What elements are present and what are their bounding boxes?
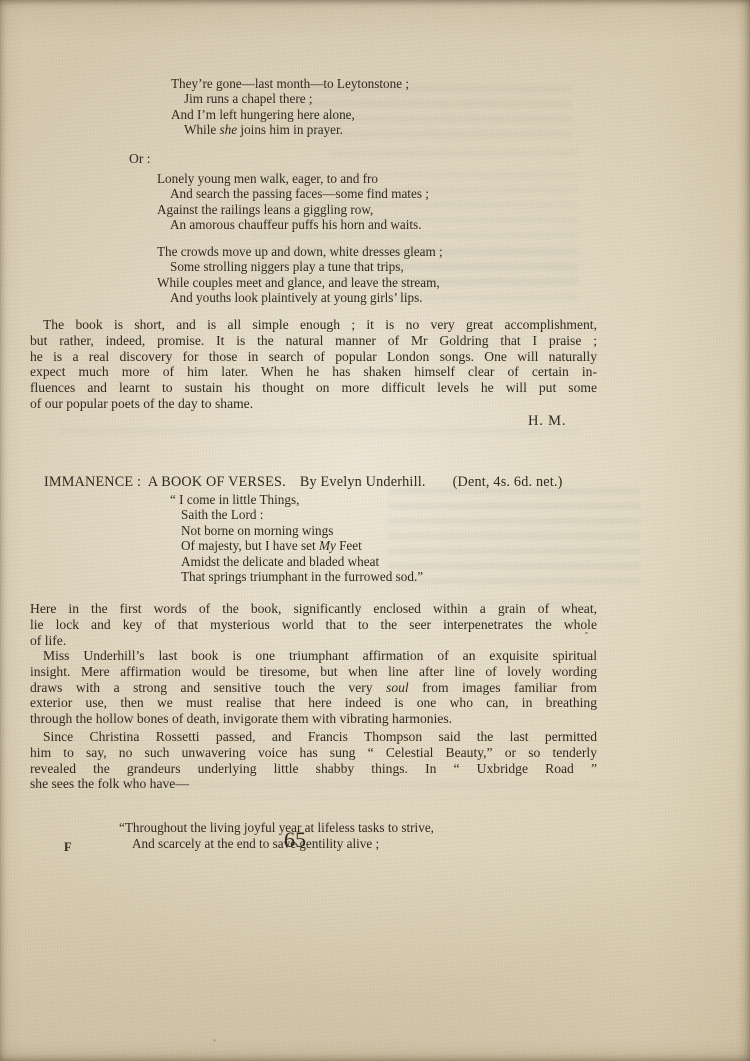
paragraph-line: fluences and learnt to sustain his thoug… [30,380,597,396]
verse-line: Of majesty, but I have set My Feet [181,538,423,553]
paragraph-line: but rather, indeed, promise. It is the n… [30,333,597,349]
paragraph-line: revealed the grandeurs underlying little… [30,761,597,777]
verse-line-segment: While [184,122,220,137]
paragraph-line: draws with a strong and sensitive touch … [30,680,597,696]
paragraph-line: Miss Underhill’s last book is one triump… [30,648,597,664]
underhill-paragraph-2: Miss Underhill’s last book is one triump… [30,648,597,727]
paragraph-line: of life. [30,633,597,649]
paragraph-line: she sees the folk who have— [30,776,597,792]
paragraph-line: he is a real discovery for those in sear… [30,349,597,365]
or-connector-label: Or : [129,151,151,166]
verse-quote-crowds: The crowds move up and down, white dress… [157,244,443,306]
paragraph-line: Since Christina Rossetti passed, and Fra… [30,729,597,745]
verse-line: Amidst the delicate and bladed wheat [181,554,423,569]
verse-line-italic: My [319,538,336,553]
scanned-book-page: They’re gone—last month—to Leytonstone ;… [0,0,750,1061]
reviewer-initials: H. M. [528,413,566,430]
book-author: By Evelyn Underhill. [300,474,426,490]
verse-line: Not borne on morning wings [181,523,423,538]
page-number: 65 [268,827,322,853]
paragraph-line: him to say, no such unwavering voice has… [30,745,597,761]
paragraph-line-italic: soul [386,680,409,695]
paragraph-line: of our popular poets of the day to shame… [30,396,597,412]
verse-line: And search the passing faces—some find m… [157,186,429,201]
verse-line: That springs triumphant in the furrowed … [181,569,423,584]
paragraph-line-segment: draws with a strong and sensitive touch … [30,680,386,695]
verse-line: They’re gone—last month—to Leytonstone ; [171,76,409,91]
verse-quote-promenade: Lonely young men walk, eager, to and fro… [157,171,429,233]
verse-line-segment: joins him in prayer. [237,122,343,137]
verse-line-segment: Of majesty, but I have set [181,538,319,553]
verse-line: Saith the Lord : [181,507,423,522]
book-imprint: (Dent, 4s. 6d. net.) [453,474,563,490]
verse-line: And I’m left hungering here alone, [171,107,409,122]
underhill-paragraph-1: Here in the first words of the book, sig… [30,601,597,648]
foxing-speck [213,1039,216,1042]
paragraph-line: lie lock and key of that mysterious worl… [30,617,597,633]
paragraph-line-segment: from images familiar from [409,680,597,695]
verse-quote-leytonstone: They’re gone—last month—to Leytonstone ;… [171,76,409,138]
verse-line: Lonely young men walk, eager, to and fro [157,171,429,186]
verse-line: Against the railings leans a giggling ro… [157,202,429,217]
verse-line: The crowds move up and down, white dress… [157,244,443,259]
paragraph-line: insight. Mere affirmation would be tires… [30,664,597,680]
paragraph-line: expect much more of him later. When he h… [30,364,597,380]
show-through-ghost-text [60,428,580,443]
verse-line-segment: Feet [336,538,362,553]
signature-mark: F [64,840,72,855]
paragraph-line: through the hollow bones of death, invig… [30,711,597,727]
paragraph-line: exterior use, then we must realise that … [30,695,597,711]
show-through-ghost-text [330,150,578,165]
paragraph-line: Here in the first words of the book, sig… [30,601,597,617]
epigraph-verse: “ I come in little Things, Saith the Lor… [181,492,423,584]
book-title: IMMANENCE : A BOOK OF VERSES. [44,474,286,490]
paragraph-line: The book is short, and is all simple eno… [30,317,597,333]
verse-line: Some strolling niggers play a tune that … [157,259,443,274]
verse-line: Jim runs a chapel there ; [171,91,409,106]
verse-line: An amorous chauffeur puffs his horn and … [157,217,429,232]
verse-line: And youths look plaintively at young gir… [157,290,443,305]
goldring-review-paragraph: The book is short, and is all simple eno… [30,317,597,412]
verse-line: While couples meet and glance, and leave… [157,275,443,290]
verse-line: While she joins him in prayer. [171,122,409,137]
verse-line: “ I come in little Things, [170,492,423,507]
verse-line-italic: she [220,122,238,137]
underhill-paragraph-3: Since Christina Rossetti passed, and Fra… [30,729,597,792]
